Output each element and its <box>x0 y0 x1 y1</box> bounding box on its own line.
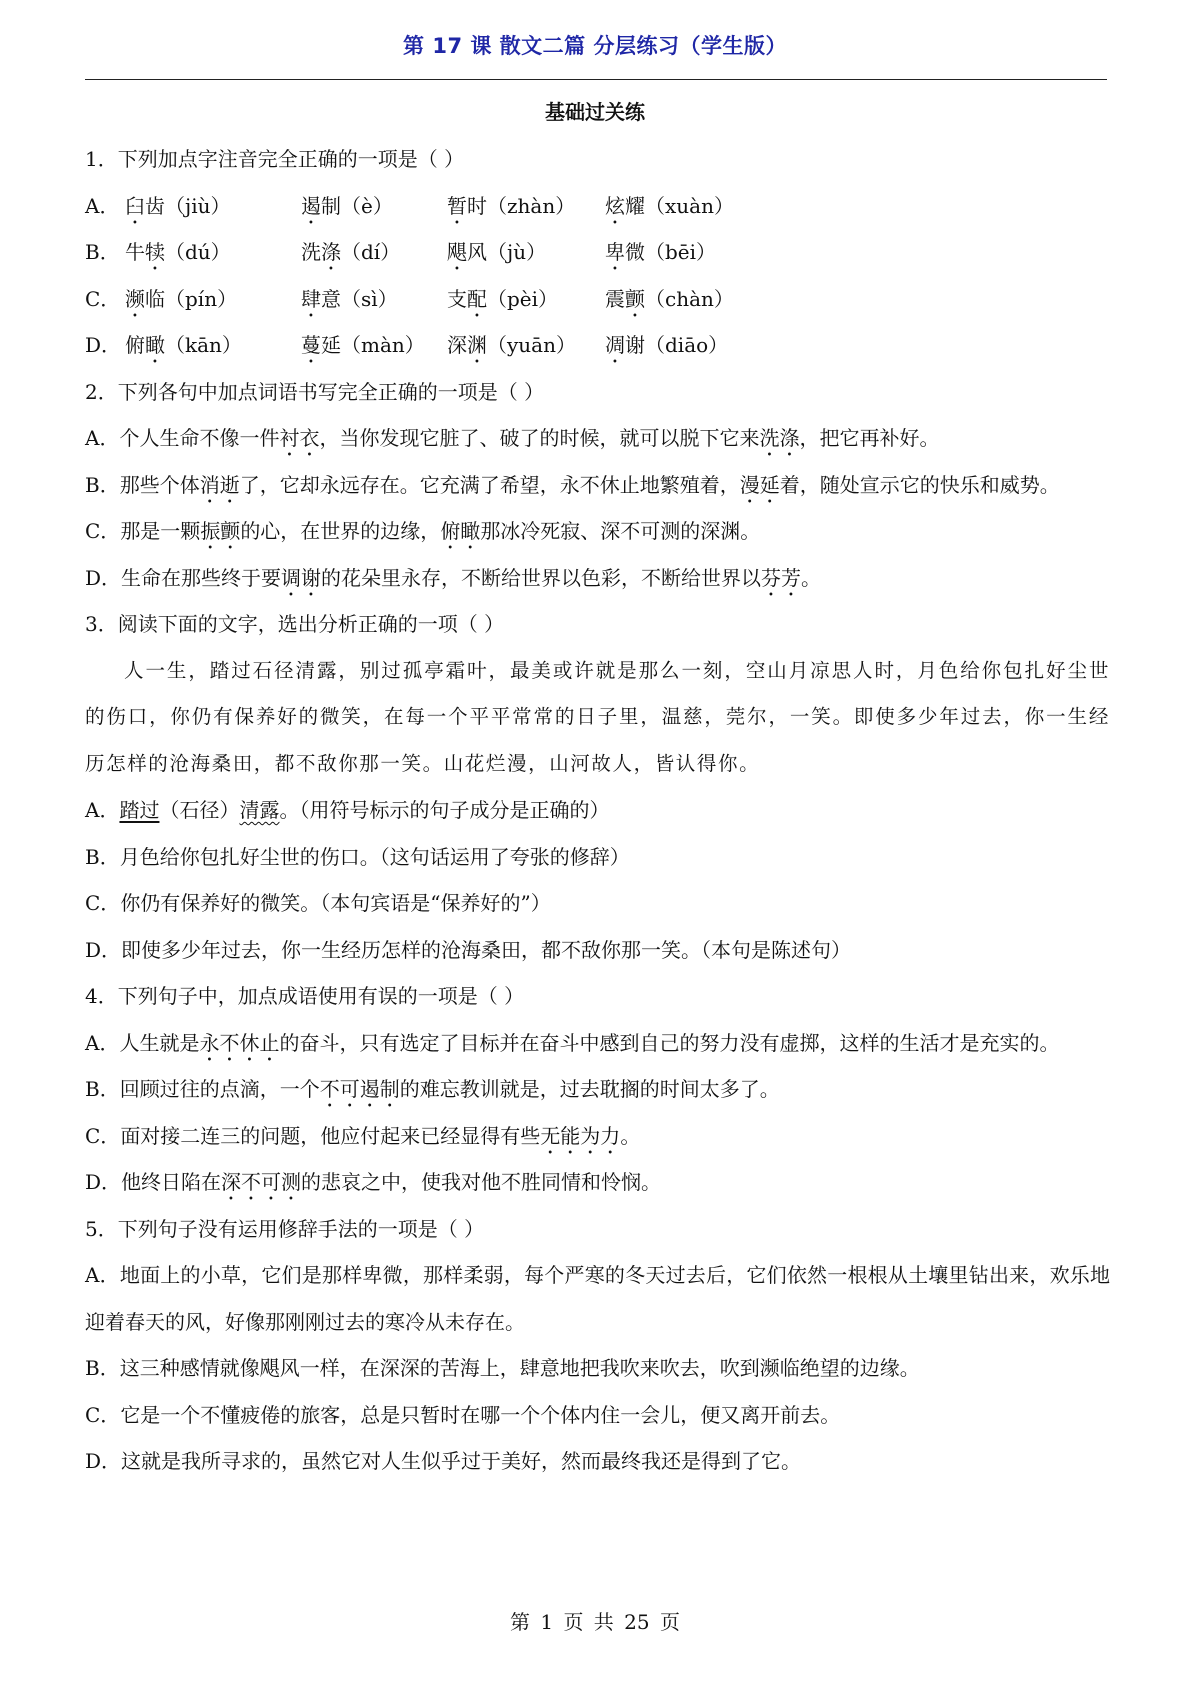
question-3-stem: 3．阅读下面的文字，选出分析正确的一项（ ） <box>85 601 1110 648</box>
question-1-option-d: D． 俯瞰（kān） 蔓延（màn） 深渊（yuān） 凋谢（diāo） <box>85 322 1110 369</box>
option-item: 遏制（è） <box>301 183 413 230</box>
option-label: D． <box>85 322 125 369</box>
question-3-option-b: B．月色给你包扎好尘世的伤口。（这句话运用了夸张的修辞） <box>85 834 1110 881</box>
question-list: 1．下列加点字注音完全正确的一项是（ ） A． 臼齿（jiù） 遏制（è） 暂时… <box>85 136 1110 1485</box>
option-item: 凋谢（diāo） <box>605 322 728 369</box>
question-5-stem: 5．下列句子没有运用修辞手法的一项是（ ） <box>85 1206 1110 1253</box>
option-item: 飓风（jù） <box>447 229 571 276</box>
option-item: 卑微（bēi） <box>605 229 716 276</box>
question-4-option-d: D．他终日陷在深不可测的悲哀之中，使我对他不胜同情和怜悯。 <box>85 1159 1110 1206</box>
option-item: 肆意（sì） <box>301 276 413 323</box>
option-item: 臼齿（jiù） <box>125 183 267 230</box>
question-2-stem: 2．下列各句中加点词语书写完全正确的一项是（ ） <box>85 369 1110 416</box>
page-number: 第 1 页 共 25 页 <box>0 1606 1190 1635</box>
option-item: 蔓延（màn） <box>301 322 413 369</box>
option-item: 俯瞰（kān） <box>125 322 267 369</box>
question-1-option-c: C． 濒临（pín） 肆意（sì） 支配（pèi） 震颤（chàn） <box>85 276 1110 323</box>
document-title: 第 17 课 散文二篇 分层练习（学生版） <box>0 30 1190 60</box>
header-divider <box>85 79 1107 80</box>
option-label: A． <box>85 183 125 230</box>
option-item: 深渊（yuān） <box>447 322 571 369</box>
question-5-option-b: B．这三种感情就像飓风一样，在深深的苦海上，肆意地把我吹来吹去，吹到濒临绝望的边… <box>85 1345 1110 1392</box>
option-label: B． <box>85 229 125 276</box>
question-2-option-d: D．生命在那些终于要调谢的花朵里永存，不断给世界以色彩，不断给世界以芬芳。 <box>85 555 1110 602</box>
question-3-option-a: A．踏过（石径）清露。（用符号标示的句子成分是正确的） <box>85 787 1110 834</box>
option-item: 暂时（zhàn） <box>447 183 571 230</box>
question-3-passage: 人一生，踏过石径清露，别过孤亭霜叶，最美或许就是那么一刻，空山月凉思人时，月色给… <box>85 648 1110 788</box>
question-1-option-a: A． 臼齿（jiù） 遏制（è） 暂时（zhàn） 炫耀（xuàn） <box>85 183 1110 230</box>
question-2-option-a: A．个人生命不像一件衬衣，当你发现它脏了、破了的时候，就可以脱下它来洗涤，把它再… <box>85 415 1110 462</box>
option-item: 牛犊（dú） <box>125 229 267 276</box>
question-2-option-c: C．那是一颗振颤的心，在世界的边缘，俯瞰那冰冷死寂、深不可测的深渊。 <box>85 508 1110 555</box>
question-2-option-b: B．那些个体消逝了，它却永远存在。它充满了希望，永不休止地繁殖着，漫延着，随处宣… <box>85 462 1110 509</box>
question-4-option-c: C．面对接二连三的问题，他应付起来已经显得有些无能为力。 <box>85 1113 1110 1160</box>
question-4-option-b: B．回顾过往的点滴，一个不可遏制的难忘教训就是，过去耽搁的时间太多了。 <box>85 1066 1110 1113</box>
option-label: C． <box>85 276 125 323</box>
option-item: 濒临（pín） <box>125 276 267 323</box>
question-3-option-c: C．你仍有保养好的微笑。（本句宾语是“保养好的”） <box>85 880 1110 927</box>
option-item: 震颤（chàn） <box>605 276 734 323</box>
option-item: 洗涤（dí） <box>301 229 413 276</box>
question-5-option-c: C．它是一个不懂疲倦的旅客，总是只暂时在哪一个个体内住一会儿，便又离开前去。 <box>85 1392 1110 1439</box>
option-item: 炫耀（xuàn） <box>605 183 734 230</box>
question-5-option-a: A．地面上的小草，它们是那样卑微，那样柔弱，每个严寒的冬天过去后，它们依然一根根… <box>85 1252 1110 1345</box>
section-title: 基础过关练 <box>0 96 1190 125</box>
question-1-option-b: B． 牛犊（dú） 洗涤（dí） 飓风（jù） 卑微（bēi） <box>85 229 1110 276</box>
question-1-stem: 1．下列加点字注音完全正确的一项是（ ） <box>85 136 1110 183</box>
option-item: 支配（pèi） <box>447 276 571 323</box>
question-5-option-d: D．这就是我所寻求的，虽然它对人生似乎过于美好，然而最终我还是得到了它。 <box>85 1438 1110 1485</box>
question-4-stem: 4．下列句子中，加点成语使用有误的一项是（ ） <box>85 973 1110 1020</box>
question-4-option-a: A．人生就是永不休止的奋斗，只有选定了目标并在奋斗中感到自己的努力没有虚掷，这样… <box>85 1020 1110 1067</box>
question-3-option-d: D．即使多少年过去，你一生经历怎样的沧海桑田，都不敌你那一笑。（本句是陈述句） <box>85 927 1110 974</box>
